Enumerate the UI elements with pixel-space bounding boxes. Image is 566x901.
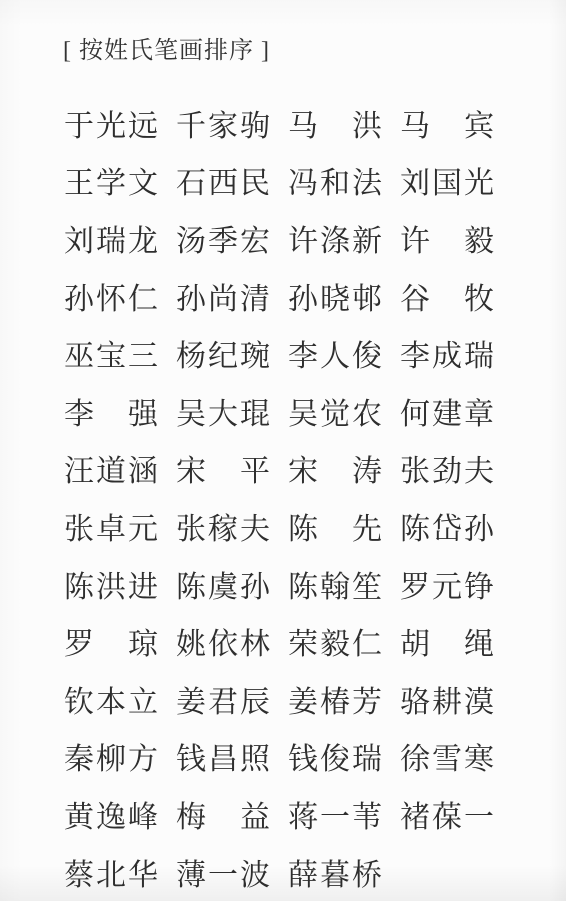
person-name: 宋 平 — [176, 453, 270, 491]
name-row: 罗 琼姚依林荣毅仁胡 绳 — [64, 616, 502, 674]
person-name: 徐雪寒 — [400, 741, 494, 779]
person-name: 孙怀仁 — [64, 281, 158, 319]
person-name: 梅 益 — [176, 799, 270, 837]
name-row: 蔡北华薄一波薛暮桥 — [64, 847, 502, 901]
person-name: 钱昌照 — [176, 741, 270, 779]
person-name: 李人俊 — [288, 338, 382, 376]
person-name: 何建章 — [400, 396, 494, 434]
person-name: 钦本立 — [64, 684, 158, 722]
person-name: 褚葆一 — [400, 799, 494, 837]
person-name: 蔡北华 — [64, 857, 158, 895]
person-name: 黄逸峰 — [64, 799, 158, 837]
person-name: 宋 涛 — [288, 453, 382, 491]
person-name: 秦柳方 — [64, 741, 158, 779]
person-name: 杨纪琬 — [176, 338, 270, 376]
person-name: 荣毅仁 — [288, 626, 382, 664]
person-name: 孙晓邨 — [288, 281, 382, 319]
person-name: 罗 琼 — [64, 626, 158, 664]
person-name: 吴大琨 — [176, 396, 270, 434]
person-name: 巫宝三 — [64, 338, 158, 376]
person-name: 李成瑞 — [400, 338, 494, 376]
person-name: 张劲夫 — [400, 453, 494, 491]
person-name: 孙尚清 — [176, 281, 270, 319]
person-name: 马 洪 — [288, 108, 382, 146]
person-name: 张卓元 — [64, 511, 158, 549]
person-name: 姜椿芳 — [288, 684, 382, 722]
name-row: 于光远千家驹马 洪马 宾 — [64, 98, 502, 156]
person-name: 骆耕漠 — [400, 684, 494, 722]
person-name: 李 强 — [64, 396, 158, 434]
person-name: 薛暮桥 — [288, 857, 382, 895]
name-row: 巫宝三杨纪琬李人俊李成瑞 — [64, 328, 502, 386]
name-row: 陈洪进陈虞孙陈翰笙罗元铮 — [64, 559, 502, 617]
person-name: 冯和法 — [288, 165, 382, 203]
person-name: 王学文 — [64, 165, 158, 203]
name-row: 钦本立姜君辰姜椿芳骆耕漠 — [64, 674, 502, 732]
person-name: 蒋一苇 — [288, 799, 382, 837]
person-name: 汤季宏 — [176, 223, 270, 261]
person-name: 许 毅 — [400, 223, 494, 261]
person-name: 姚依林 — [176, 626, 270, 664]
sort-order-note: [ 按姓氏笔画排序 ] — [63, 30, 270, 65]
person-name: 谷 牧 — [400, 281, 494, 319]
person-name: 罗元铮 — [400, 569, 494, 607]
name-list: 于光远千家驹马 洪马 宾王学文石西民冯和法刘国光刘瑞龙汤季宏许涤新许 毅孙怀仁孙… — [64, 98, 502, 901]
book-page: [ 按姓氏笔画排序 ] 于光远千家驹马 洪马 宾王学文石西民冯和法刘国光刘瑞龙汤… — [0, 0, 566, 901]
person-name: 陈翰笙 — [288, 569, 382, 607]
name-row: 李 强吴大琨吴觉农何建章 — [64, 386, 502, 444]
person-name: 张稼夫 — [176, 511, 270, 549]
name-row: 汪道涵宋 平宋 涛张劲夫 — [64, 444, 502, 502]
person-name: 陈虞孙 — [176, 569, 270, 607]
name-row: 孙怀仁孙尚清孙晓邨谷 牧 — [64, 271, 502, 329]
person-name: 钱俊瑞 — [288, 741, 382, 779]
person-name: 石西民 — [176, 165, 270, 203]
person-name: 吴觉农 — [288, 396, 382, 434]
name-row: 刘瑞龙汤季宏许涤新许 毅 — [64, 213, 502, 271]
person-name: 陈洪进 — [64, 569, 158, 607]
name-row: 秦柳方钱昌照钱俊瑞徐雪寒 — [64, 732, 502, 790]
name-row: 张卓元张稼夫陈 先陈岱孙 — [64, 501, 502, 559]
name-row: 黄逸峰梅 益蒋一苇褚葆一 — [64, 789, 502, 847]
person-name: 胡 绳 — [400, 626, 494, 664]
name-row: 王学文石西民冯和法刘国光 — [64, 156, 502, 214]
person-name: 许涤新 — [288, 223, 382, 261]
person-name: 陈 先 — [288, 511, 382, 549]
person-name: 千家驹 — [176, 108, 270, 146]
person-name: 薄一波 — [176, 857, 270, 895]
person-name: 陈岱孙 — [400, 511, 494, 549]
person-name: 刘国光 — [400, 165, 494, 203]
person-name: 马 宾 — [400, 108, 494, 146]
person-name: 刘瑞龙 — [64, 223, 158, 261]
person-name: 汪道涵 — [64, 453, 158, 491]
person-name: 姜君辰 — [176, 684, 270, 722]
person-name: 于光远 — [64, 108, 158, 146]
